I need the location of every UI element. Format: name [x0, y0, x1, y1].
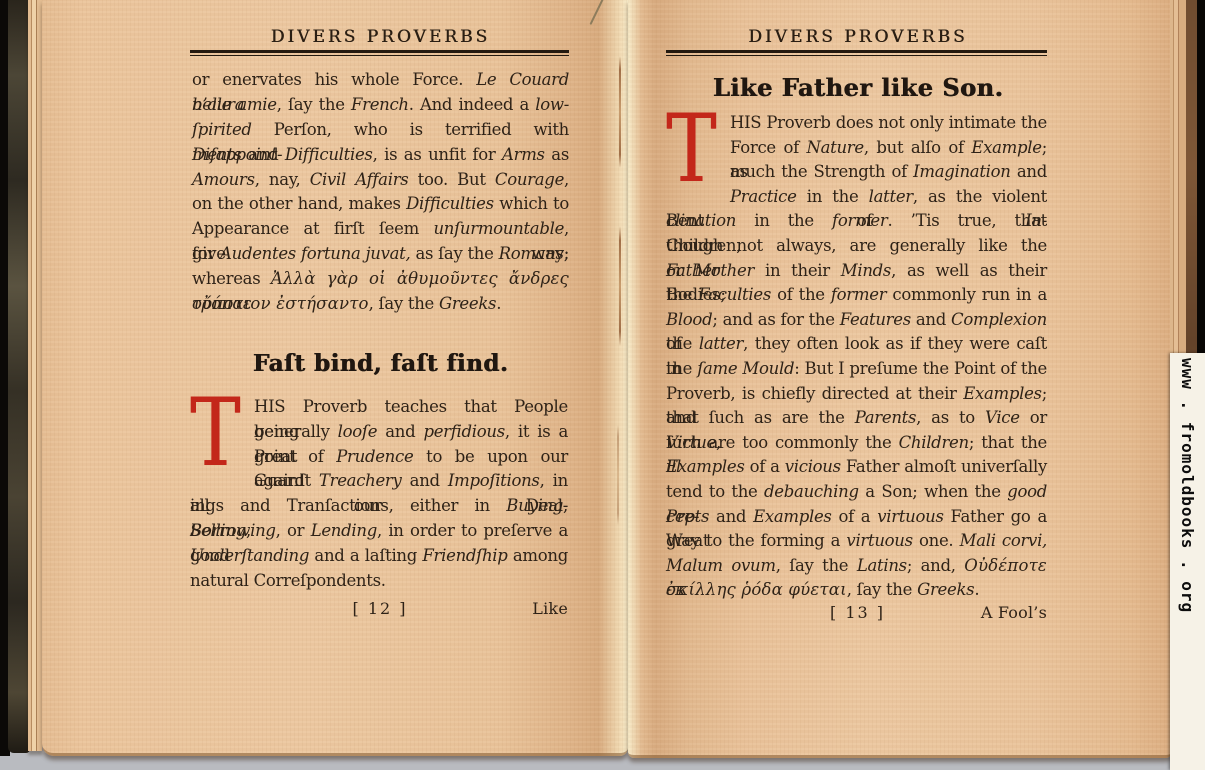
italic-text: latter: [869, 187, 913, 206]
catchword-left: Like: [532, 599, 568, 618]
text-line: belle amie, ſay the French. And indeed a…: [192, 93, 569, 118]
regular-text: : But I preſume the Point of the: [794, 359, 1047, 378]
page-number-left: [ 12 ]: [192, 599, 568, 618]
italic-text: Lending: [311, 521, 377, 540]
regular-text: ; and,: [907, 556, 964, 575]
italic-text: vicious: [785, 457, 841, 476]
text-line: natural Correſpondents.: [190, 569, 568, 594]
italic-text: ſpirited: [192, 120, 252, 139]
italic-text: Minds: [841, 261, 891, 280]
italic-text: Examples: [963, 384, 1042, 403]
section-heading-left: Faſt bind, faſt find.: [192, 350, 569, 377]
regular-text: or: [1020, 408, 1047, 427]
italic-text: Complexion: [951, 310, 1047, 329]
italic-text: Children: [899, 433, 969, 452]
greek-text: σκίλλης ῥόδα φύεται: [666, 580, 847, 599]
text-line: HIS Proverb teaches that People being: [190, 395, 568, 420]
italic-text: Blood: [666, 310, 712, 329]
regular-text: and: [1011, 162, 1047, 181]
regular-text: a Son; when the: [859, 482, 1007, 501]
catchword-right: A Fool’s: [981, 603, 1047, 622]
regular-text: , but alſo of: [864, 138, 972, 157]
text-line: the ſame Mould: But I preſume the Point …: [666, 357, 1047, 382]
text-line: ſuch are too commonly the Children; that…: [666, 431, 1047, 456]
italic-text: Impoſitions: [448, 471, 540, 490]
italic-text: debauching: [764, 482, 859, 501]
text-line: or enervates his whole Force. Le Couard …: [192, 68, 569, 93]
regular-text: Appearance at firſt ſeem: [192, 219, 433, 238]
regular-text: tend to the: [666, 482, 764, 501]
regular-text: much the Strength of: [730, 162, 913, 181]
italic-text: ſame Mould: [697, 359, 794, 378]
regular-text: , or: [276, 521, 311, 540]
italic-text: former: [832, 211, 887, 230]
italic-text: Vice: [985, 408, 1020, 427]
header-rule-right: [666, 50, 1047, 56]
regular-text: .: [496, 294, 501, 313]
italic-text: Underſtanding: [190, 546, 309, 565]
text-line: ſpirited Perſon, who is terrified with D…: [192, 118, 569, 143]
regular-text: , ſay the: [277, 95, 351, 114]
text-line: ments and Difficulties, is as unfit for …: [192, 143, 569, 168]
italic-text: Romans: [499, 244, 564, 263]
italic-text: Prudence: [336, 447, 413, 466]
regular-text: for: [192, 244, 220, 263]
regular-text: , as to: [916, 408, 985, 427]
italic-text: Courage: [495, 170, 564, 189]
italic-text: cepts: [666, 507, 709, 526]
watermark-strip: www . fromoldbooks . org: [1170, 353, 1205, 770]
drop-cap-letter: T: [190, 393, 234, 475]
regular-text: ſuch are too commonly the: [666, 433, 899, 452]
italic-text: Malum ovum: [666, 556, 776, 575]
text-line: Proverb, is chiefly directed at their Ex…: [666, 382, 1047, 407]
italic-text: Faculties: [698, 285, 771, 304]
regular-text: the: [666, 285, 698, 304]
italic-text: Amours: [192, 170, 255, 189]
footer-right: [ 13 ] A Fool’s: [668, 603, 1047, 622]
regular-text: Point of: [254, 447, 336, 466]
drop-cap-right: T: [666, 115, 721, 187]
text-line: though not always, are generally like th…: [666, 234, 1047, 259]
italic-text: Examples: [753, 507, 832, 526]
italic-text: Mother: [694, 261, 754, 280]
italic-text: Civil Affairs: [310, 170, 409, 189]
text-line: on the other hand, makes Difficulties wh…: [192, 192, 569, 217]
text-line: ings and Tranſactions, either in Buying,…: [190, 494, 568, 519]
paragraph-left: T HIS Proverb teaches that People beingg…: [190, 395, 568, 593]
book-cover-spine-left: [8, 0, 30, 753]
italic-text: ments: [192, 145, 242, 164]
regular-text: ; that the: [969, 433, 1047, 452]
regular-text: the: [666, 334, 699, 353]
italic-text: Audentes fortuna juvat,: [220, 244, 410, 263]
text-line: whereas Ἀλλὰ γὰρ οἱ ἀθυμοῦντες ἄνδρες οὔ…: [192, 267, 569, 292]
regular-text: or enervates his whole Force.: [192, 70, 476, 89]
text-line: for Audentes fortuna juvat, as ſay the R…: [192, 242, 569, 267]
drop-cap-letter: T: [666, 109, 710, 191]
regular-text: Proverb, is chiefly directed at their: [666, 384, 963, 403]
regular-text: as: [545, 145, 569, 164]
regular-text: .: [974, 580, 979, 599]
text-line: σκίλλης ῥόδα φύεται, ſay the Greeks.: [666, 578, 1047, 603]
text-line: cepts and Examples of a virtuous Father …: [666, 505, 1047, 530]
regular-text: and: [242, 145, 285, 164]
text-line: Practice in the latter, as the violent B…: [666, 185, 1047, 210]
book-scan-scene: DIVERS PROVERBS or enervates his whole F…: [0, 0, 1205, 770]
italic-text: Latins: [857, 556, 907, 575]
italic-text: Borrowing: [190, 521, 276, 540]
regular-text: of a: [745, 457, 785, 476]
text-line: Appearance at firſt ſeem unſurmountable,…: [192, 217, 569, 242]
text-line: Way to the forming a virtuous one. Mali …: [666, 529, 1047, 554]
italic-text: clination: [666, 211, 736, 230]
text-line: HIS Proverb does not only intimate the: [666, 111, 1047, 136]
text-line: Borrowing, or Lending, in order to preſe…: [190, 519, 568, 544]
italic-text: Practice: [730, 187, 797, 206]
regular-text: generally: [254, 422, 338, 441]
italic-text: Buying: [506, 496, 563, 515]
italic-text: former: [831, 285, 886, 304]
regular-text: natural Correſpondents.: [190, 571, 386, 590]
text-line: generally looſe and perfidious, it is a …: [190, 420, 568, 445]
regular-text: , nay,: [255, 170, 310, 189]
text-line: the latter, they often look as if they w…: [666, 332, 1047, 357]
greek-text: τρόπαιον ἐστήσαντο: [192, 294, 369, 313]
italic-text: belle amie: [192, 95, 277, 114]
footer-left: [ 12 ] Like: [192, 599, 568, 618]
text-line: Blood; and as for the Features and Compl…: [666, 308, 1047, 333]
text-line: much the Strength of Imagination and: [666, 160, 1047, 185]
section-heading-right: Like Father like Son.: [668, 73, 1048, 102]
regular-text: ings and Tranſactions, either in: [190, 496, 506, 515]
regular-text: and: [911, 310, 951, 329]
text-line: that ſuch as are the Parents, as to Vice…: [666, 406, 1047, 431]
italic-text: unſurmountable: [433, 219, 564, 238]
regular-text: HIS Proverb does not only intimate the: [730, 113, 1047, 132]
italic-text: Features: [840, 310, 911, 329]
binding-stitch-thread: [619, 226, 621, 346]
page-edges-left: [28, 0, 42, 751]
regular-text: Perſon, who is terrified with: [252, 120, 569, 139]
regular-text: which to: [494, 194, 569, 213]
regular-text: ,: [563, 496, 568, 515]
text-line: againſt Treachery and Impoſitions, in al…: [190, 469, 568, 494]
regular-text: of the: [771, 285, 831, 304]
text-line: or Mother in their Minds, as well as the…: [666, 259, 1047, 284]
regular-text: , is as unfit for: [373, 145, 502, 164]
regular-text: the: [666, 359, 697, 378]
italic-text: perfidious: [423, 422, 504, 441]
italic-text: Difficulties: [406, 194, 494, 213]
regular-text: and: [709, 507, 753, 526]
italic-text: French: [351, 95, 409, 114]
italic-text: Greeks: [439, 294, 496, 313]
regular-text: , ſay the: [847, 580, 917, 599]
regular-text: in their: [754, 261, 841, 280]
text-line: Examples of a vicious Father almoſt univ…: [666, 455, 1047, 480]
regular-text: among: [508, 546, 568, 565]
text-line: clination in the former. ’Tis true, that…: [666, 209, 1047, 234]
text-line: Underſtanding and a laſting Friendſhip a…: [190, 544, 568, 569]
italic-text: Friendſhip: [422, 546, 507, 565]
regular-text: one.: [913, 531, 960, 550]
regular-text: and a laſting: [309, 546, 422, 565]
text-line: Malum ovum, ſay the Latins; and, Οὐδέποτ…: [666, 554, 1047, 579]
regular-text: commonly run in a: [886, 285, 1047, 304]
regular-text: as ſay the: [410, 244, 498, 263]
regular-text: Father almoſt univerſally: [841, 457, 1047, 476]
italic-text: Parents: [855, 408, 916, 427]
italic-text: Examples: [666, 457, 745, 476]
italic-text: low-: [535, 95, 569, 114]
italic-text: Arms: [502, 145, 545, 164]
text-line: τρόπαιον ἐστήσαντο, ſay the Greeks.: [192, 292, 569, 317]
header-rule-left: [190, 50, 569, 56]
italic-text: latter: [699, 334, 743, 353]
paragraph-lines-left: HIS Proverb teaches that People beinggen…: [190, 395, 568, 593]
regular-text: againſt: [254, 471, 319, 490]
regular-text: in the: [797, 187, 869, 206]
paragraph-right: T HIS Proverb does not only intimate the…: [666, 111, 1047, 603]
running-header-left: DIVERS PROVERBS: [192, 27, 569, 47]
italic-text: Treachery: [319, 471, 402, 490]
running-header-right: DIVERS PROVERBS: [670, 27, 1046, 47]
regular-text: :: [564, 244, 569, 263]
watermark-text: www . fromoldbooks . org: [1178, 353, 1197, 770]
regular-text: Way to the forming a: [666, 531, 846, 550]
regular-text: though not always, are generally like th…: [666, 236, 1047, 255]
text-line: Force of Nature, but alſo of Example; as: [666, 136, 1047, 161]
regular-text: ,: [564, 170, 569, 189]
binding-stitch-thread: [619, 56, 621, 168]
italic-text: Difficulties: [285, 145, 373, 164]
text-line: tend to the debauching a Son; when the g…: [666, 480, 1047, 505]
regular-text: and: [402, 471, 448, 490]
regular-text: of a: [832, 507, 878, 526]
text-line: Point of Prudence to be upon our Guard: [190, 445, 568, 470]
regular-text: ; and as for the: [712, 310, 839, 329]
italic-text: looſe: [338, 422, 378, 441]
regular-text: too. But: [408, 170, 494, 189]
regular-text: or: [666, 261, 694, 280]
regular-text: on the other hand, makes: [192, 194, 406, 213]
regular-text: . And indeed a: [409, 95, 536, 114]
italic-text: Example: [971, 138, 1041, 157]
drop-cap-left: T: [190, 399, 245, 471]
regular-text: whereas: [192, 269, 271, 288]
italic-text: virtuous: [877, 507, 943, 526]
text-line: Amours, nay, Civil Affairs too. But Cour…: [192, 168, 569, 193]
paragraph-lines-right: HIS Proverb does not only intimate theFo…: [666, 111, 1047, 603]
italic-text: Nature: [806, 138, 863, 157]
regular-text: , ſay the: [776, 556, 857, 575]
italic-text: Mali corvi,: [960, 531, 1047, 550]
italic-text: Greeks: [917, 580, 974, 599]
binding-stitch-thread: [617, 425, 619, 525]
text-line: the Faculties of the former commonly run…: [666, 283, 1047, 308]
italic-text: virtuous: [846, 531, 912, 550]
regular-text: Force of: [730, 138, 806, 157]
body-text-left: or enervates his whole Force. Le Couard …: [192, 68, 569, 317]
regular-text: , ſay the: [369, 294, 439, 313]
regular-text: in the: [736, 211, 832, 230]
regular-text: and: [377, 422, 423, 441]
regular-text: that ſuch as are the: [666, 408, 855, 427]
italic-text: Imagination: [913, 162, 1010, 181]
